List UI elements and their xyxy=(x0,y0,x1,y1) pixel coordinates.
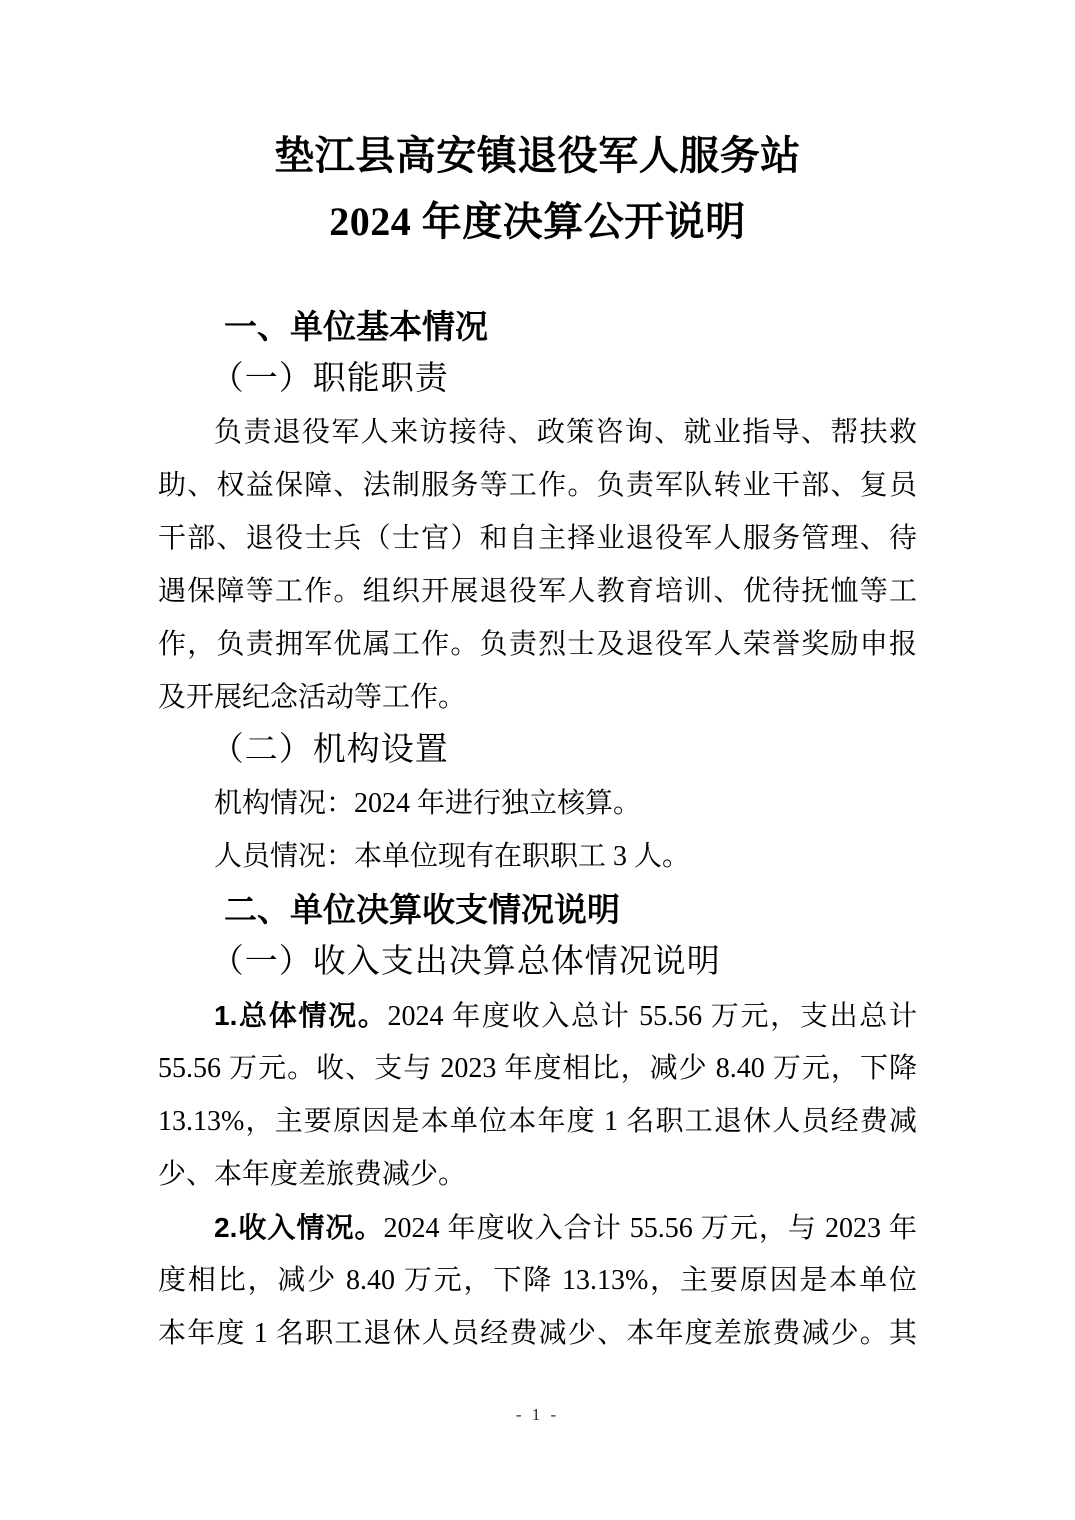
text-segment: 本年度 1 名职工退休人员经费减少、本年度差旅费减少。其 xyxy=(158,1318,917,1349)
text-segment: 55.56 万元。收、支与 2023 年度相比，减少 8.40 万元，下降 xyxy=(158,1053,917,1084)
document-body: 一、单位基本情况（一）职能职责负责退役军人来访接待、政策咨询、就业指导、帮扶救助… xyxy=(158,300,917,1360)
document-page: 垫江县高安镇退役军人服务站 2024 年度决算公开说明 一、单位基本情况（一）职… xyxy=(0,0,1075,1520)
text-line: 13.13%，主要原因是本单位本年度 1 名职工退休人员经费减 xyxy=(158,1095,917,1148)
page-number: - 1 - xyxy=(0,1405,1075,1425)
text-segment: 及开展纪念活动等工作。 xyxy=(158,682,466,713)
text-segment: （一）职能职责 xyxy=(211,361,449,397)
text-segment: 遇保障等工作。组织开展退役军人教育培训、优待抚恤等工 xyxy=(158,576,917,607)
text-line: 55.56 万元。收、支与 2023 年度相比，减少 8.40 万元，下降 xyxy=(158,1042,917,1095)
text-segment: 作，负责拥军优属工作。负责烈士及退役军人荣誉奖励申报 xyxy=(158,629,917,660)
text-line: 助、权益保障、法制服务等工作。负责军队转业干部、复员 xyxy=(158,459,917,512)
bold-lead-text: 一、单位基本情况 xyxy=(224,308,488,345)
document-title-line2: 2024 年度决算公开说明 xyxy=(0,189,1075,255)
text-line: 人员情况：本单位现有在职职工 3 人。 xyxy=(158,830,917,883)
text-segment: 2024 年度收入总计 55.56 万元，支出总计 xyxy=(388,1001,917,1032)
text-segment: 2024 年度收入合计 55.56 万元，与 2023 年 xyxy=(384,1213,917,1244)
subsection-heading: （一）职能职责 xyxy=(158,353,917,406)
text-segment: 13.13%，主要原因是本单位本年度 1 名职工退休人员经费减 xyxy=(158,1106,917,1137)
section-heading: 二、单位决算收支情况说明 xyxy=(158,883,917,936)
document-title-line1: 垫江县高安镇退役军人服务站 xyxy=(0,123,1075,189)
text-line: 遇保障等工作。组织开展退役军人教育培训、优待抚恤等工 xyxy=(158,565,917,618)
text-segment: 度相比，减少 8.40 万元，下降 13.13%，主要原因是本单位 xyxy=(158,1265,917,1296)
text-line: 作，负责拥军优属工作。负责烈士及退役军人荣誉奖励申报 xyxy=(158,618,917,671)
text-line: 度相比，减少 8.40 万元，下降 13.13%，主要原因是本单位 xyxy=(158,1254,917,1307)
text-line: 干部、退役士兵（士官）和自主择业退役军人服务管理、待 xyxy=(158,512,917,565)
text-line: 本年度 1 名职工退休人员经费减少、本年度差旅费减少。其 xyxy=(158,1307,917,1360)
text-segment: 少、本年度差旅费减少。 xyxy=(158,1159,466,1190)
bold-lead-text: 2.收入情况。 xyxy=(214,1212,384,1243)
text-line: 及开展纪念活动等工作。 xyxy=(158,671,917,724)
text-line: 少、本年度差旅费减少。 xyxy=(158,1148,917,1201)
text-segment: 负责退役军人来访接待、政策咨询、就业指导、帮扶救 xyxy=(214,417,917,448)
text-segment: （一）收入支出决算总体情况说明 xyxy=(211,944,721,980)
subsection-heading: （二）机构设置 xyxy=(158,724,917,777)
section-heading: 一、单位基本情况 xyxy=(158,300,917,353)
text-line: 机构情况：2024 年进行独立核算。 xyxy=(158,777,917,830)
text-line: 1.总体情况。2024 年度收入总计 55.56 万元，支出总计 xyxy=(158,989,917,1042)
text-line: 2.收入情况。2024 年度收入合计 55.56 万元，与 2023 年 xyxy=(158,1201,917,1254)
text-segment: 机构情况：2024 年进行独立核算。 xyxy=(214,788,641,819)
bold-lead-text: 二、单位决算收支情况说明 xyxy=(224,891,620,928)
text-segment: （二）机构设置 xyxy=(211,732,449,768)
document-header: 垫江县高安镇退役军人服务站 2024 年度决算公开说明 xyxy=(0,0,1075,255)
text-line: 负责退役军人来访接待、政策咨询、就业指导、帮扶救 xyxy=(158,406,917,459)
bold-lead-text: 1.总体情况。 xyxy=(214,1000,388,1031)
text-segment: 干部、退役士兵（士官）和自主择业退役军人服务管理、待 xyxy=(158,523,917,554)
text-segment: 助、权益保障、法制服务等工作。负责军队转业干部、复员 xyxy=(158,470,917,501)
subsection-heading: （一）收入支出决算总体情况说明 xyxy=(158,936,917,989)
text-segment: 人员情况：本单位现有在职职工 3 人。 xyxy=(214,841,690,872)
